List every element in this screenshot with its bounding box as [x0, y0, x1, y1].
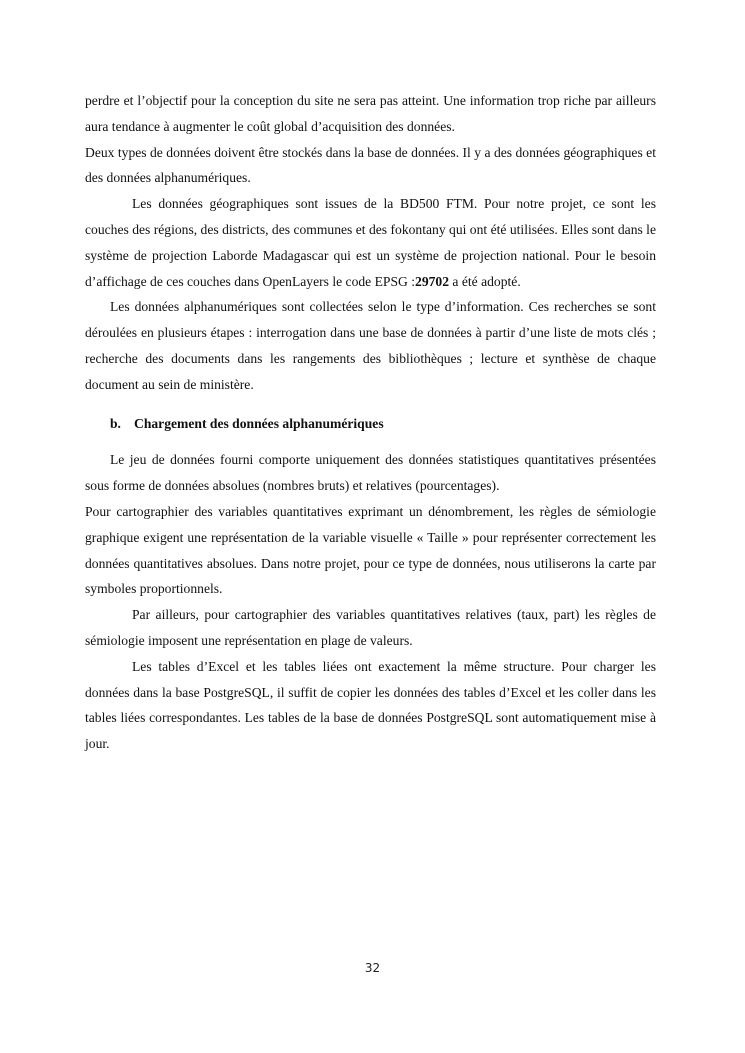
paragraph: perdre et l’objectif pour la conception … [85, 88, 656, 140]
paragraph-text: a été adopté. [449, 274, 521, 289]
paragraph-alphanumeric-data: Les données alphanumériques sont collect… [85, 294, 656, 397]
section-heading: b.Chargement des données alphanumériques [85, 411, 656, 437]
paragraph: Par ailleurs, pour cartographier des var… [85, 602, 656, 654]
section-number: b. [110, 411, 134, 437]
paragraph: Deux types de données doivent être stock… [85, 140, 656, 192]
epsg-code: 29702 [415, 274, 449, 289]
paragraph: Les tables d’Excel et les tables liées o… [85, 654, 656, 757]
paragraph: Le jeu de données fourni comporte unique… [85, 447, 656, 499]
paragraph-geographic-data: Les données géographiques sont issues de… [85, 191, 656, 294]
paragraph: Pour cartographier des variables quantit… [85, 499, 656, 602]
page-body: perdre et l’objectif pour la conception … [85, 88, 656, 757]
document-page: perdre et l’objectif pour la conception … [0, 0, 745, 1053]
paragraph-text: Les données géographiques sont issues de… [85, 196, 656, 288]
section-title: Chargement des données alphanumériques [134, 416, 384, 431]
page-number: 32 [0, 961, 745, 975]
